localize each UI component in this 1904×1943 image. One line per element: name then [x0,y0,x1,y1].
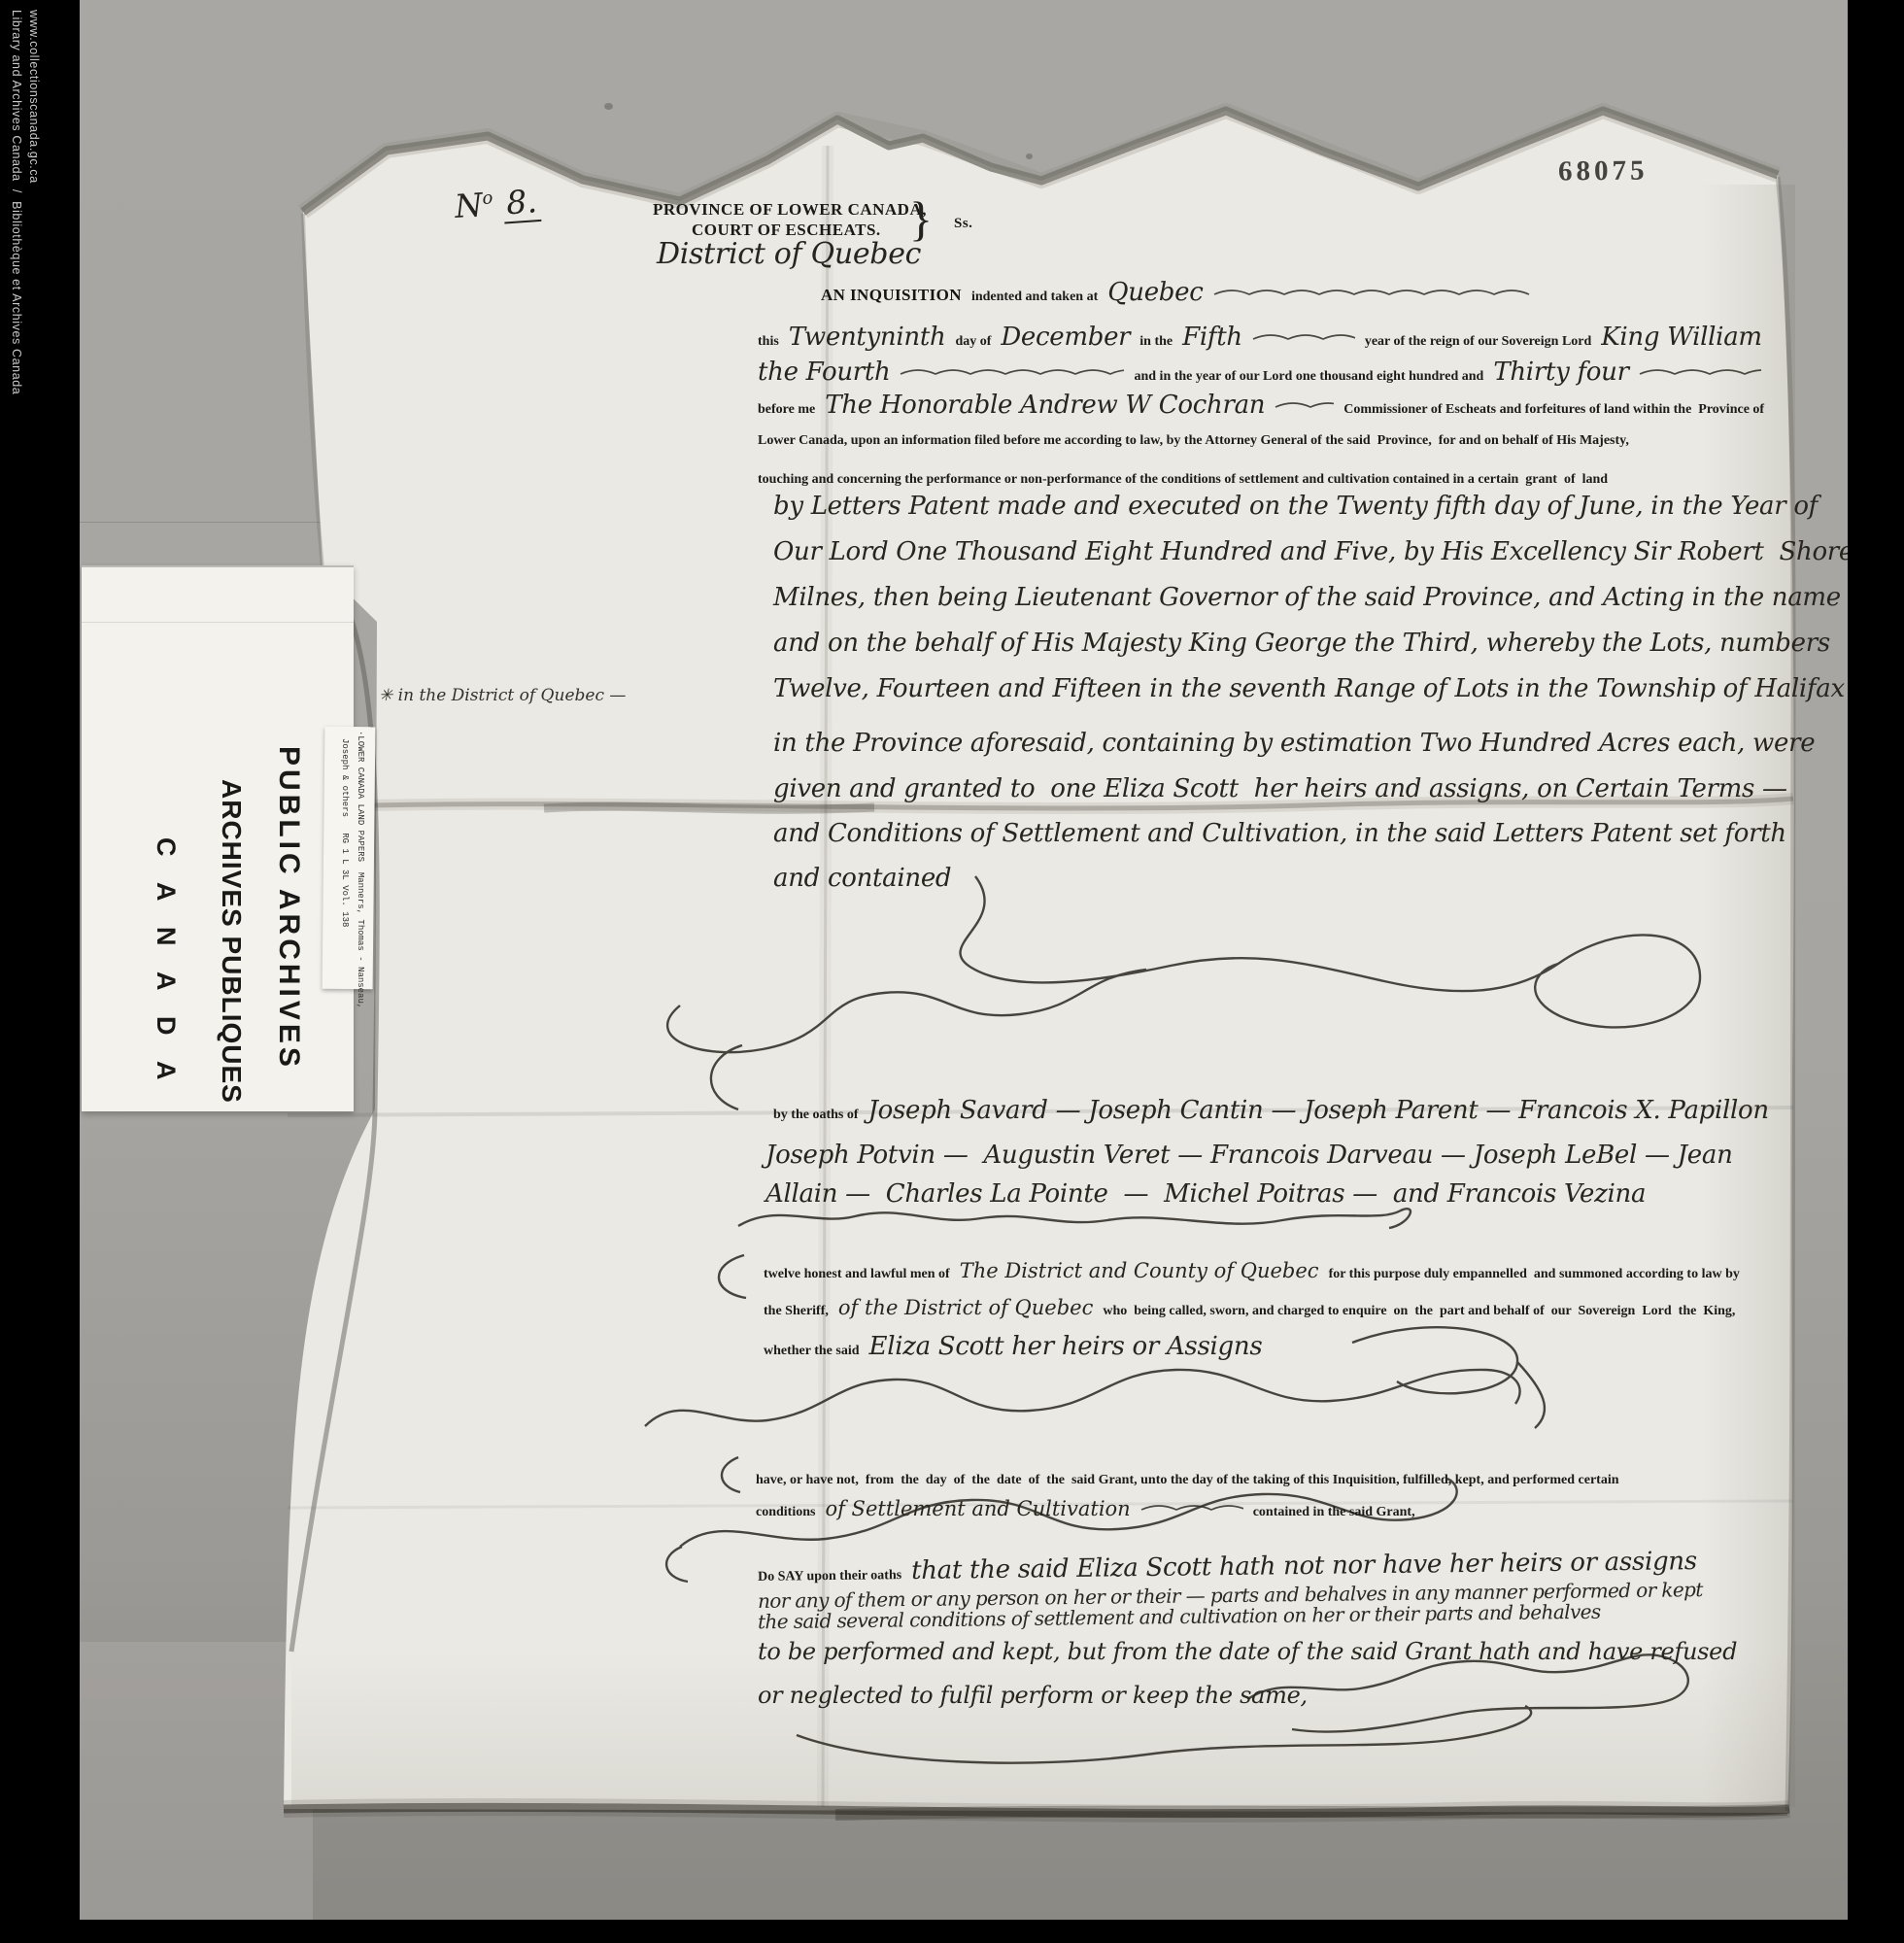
handwritten-text: Twelve, Fourteen and Fifteen in the seve… [773,674,1845,703]
document-line: Joseph Potvin — Augustin Veret — Francoi… [765,1141,1733,1170]
pen-dash-flourish [1639,365,1761,380]
handwritten-text: The Honorable Andrew W Cochran [825,391,1265,420]
printed-text: year of the reign of our Sovereign Lord [1365,334,1591,349]
printed-text: Do SAY upon their oaths [758,1568,901,1585]
public-archives-label: PUBLIC ARCHIVES [272,746,305,1071]
printed-text: contained in the said Grant, [1253,1505,1415,1519]
printed-text: touching and concerning the performance … [758,472,1608,487]
printed-text: by the oaths of [773,1108,859,1122]
collection-label-line2: Joseph & others RG 1 L 3L Vol. 138 [340,738,350,927]
document-line: the Sheriff,of the District of Quebecwho… [764,1296,1735,1319]
document-line: and contained [773,864,951,893]
printed-text: Commissioner of Escheats and forfeitures… [1343,402,1764,417]
canada-label: C A N A D A [151,837,181,1090]
handwritten-text: of the District of Quebec [838,1296,1093,1319]
document-line: thisTwentyninthday ofDecemberin theFifth… [758,323,1762,352]
handwritten-text: King William [1601,323,1761,352]
handwritten-text: Thirty four [1493,358,1628,387]
document-line: Twelve, Fourteen and Fifteen in the seve… [773,674,1866,703]
handwritten-text: ✳ in the District of Quebec — [379,686,626,705]
pen-flourish [1275,400,1334,417]
handwritten-text: to be performed and kept, but from the d… [758,1638,1737,1665]
header-ss: Ss. [954,216,972,232]
pen-flourish [1352,1327,1517,1393]
envelope-crease [82,622,354,623]
pen-dash-flourish [1252,330,1355,345]
printed-text: before me [758,402,815,417]
handwritten-text: and Conditions of Settlement and Cultiva… [773,819,1786,848]
handwritten-text: the Fourth [758,358,890,387]
pen-flourish [711,1045,742,1109]
printed-text: have, or have not, from the day of the d… [756,1473,1619,1487]
printed-text: who being called, sworn, and charged to … [1103,1304,1735,1318]
document-line: whether the saidEliza Scott her heirs or… [764,1332,1262,1361]
pen-flourish [645,1370,1520,1426]
pen-dash-flourish [1140,1501,1243,1516]
handwritten-text: The District and County of Quebec [960,1259,1319,1282]
document-line: before meThe Honorable Andrew W CochranC… [758,391,1764,420]
document-line: to be performed and kept, but from the d… [758,1638,1737,1665]
handwritten-text: and on the behalf of His Majesty King Ge… [773,629,1830,658]
pen-dash-flourish [1275,398,1334,413]
printed-text: AN INQUISITION [821,286,962,304]
document-line: touching and concerning the performance … [758,470,1608,488]
printed-text: twelve honest and lawful men of [764,1267,950,1281]
pen-flourish [1639,367,1761,384]
pen-flourish [1252,332,1355,349]
printed-text: indented and taken at [971,290,1098,304]
handwritten-text: Allain — Charles La Pointe — Michel Poit… [765,1179,1646,1209]
printed-text: this [758,334,779,349]
document-line: or neglected to fulfil perform or keep t… [758,1682,1308,1709]
pen-flourish [1249,1654,1688,1731]
handwritten-text: in the Province aforesaid, containing by… [773,729,1815,758]
document-line: have, or have not, from the day of the d… [756,1471,1619,1488]
document-line: the Fourthand in the year of our Lord on… [758,358,1761,387]
printed-text: and in the year of our Lord one thousand… [1134,369,1483,384]
film-border-right [1848,0,1904,1943]
handwritten-text: by Letters Patent made and executed on t… [773,492,1818,521]
handwritten-text: of Settlement and Cultivation [825,1497,1130,1520]
document-line: given and granted to one Eliza Scott her… [773,774,1787,803]
handwritten-text: Quebec [1107,278,1203,307]
handwritten-text: Fifth [1182,323,1242,352]
pen-dash-flourish [1213,286,1530,300]
printed-text: conditions [756,1505,815,1519]
handwritten-text: Milnes, then being Lieutenant Governor o… [773,583,1841,612]
handwritten-text: Our Lord One Thousand Eight Hundred and … [773,537,1853,566]
document-line: Allain — Charles La Pointe — Michel Poit… [765,1179,1646,1209]
document-line: District of Quebec [657,237,921,271]
archival-scan-page: PUBLIC ARCHIVES ARCHIVES PUBLIQUES C A N… [0,0,1904,1943]
document-line: twelve honest and lawful men ofThe Distr… [764,1259,1740,1282]
handwritten-text: Twentyninth [789,323,946,352]
handwritten-text: and contained [773,864,951,893]
handwritten-text: December [1001,323,1130,352]
lac-url-line: www.collectionscanada.gc.ca [27,10,41,184]
pen-flourish [738,1209,1411,1228]
pen-flourish [722,1457,740,1492]
document-line: Our Lord One Thousand Eight Hundred and … [773,537,1853,566]
handwritten-text: Eliza Scott her heirs or Assigns [869,1332,1263,1361]
document-line: by the oaths ofJoseph Savard — Joseph Ca… [773,1096,1769,1125]
document-number: No 8. [454,182,541,225]
document-line: Milnes, then being Lieutenant Governor o… [773,583,1841,612]
printed-text: the Sheriff, [764,1304,829,1318]
film-border-bottom [0,1920,1904,1943]
document-line: AN INQUISITIONindented and taken atQuebe… [821,278,1530,307]
document-line: Lower Canada, upon an information filed … [758,431,1629,449]
lac-credit-line: Library and Archives Canada / Bibliothèq… [10,10,23,394]
handwritten-text: Joseph Potvin — Augustin Veret — Francoi… [765,1141,1733,1170]
pen-flourish [666,1547,688,1582]
pen-flourish [797,1706,1531,1763]
pen-flourish [1140,1503,1243,1519]
document-line: and on the behalf of His Majesty King Ge… [773,629,1830,658]
document-line: ✳ in the District of Quebec — [379,686,626,705]
document-line: and Conditions of Settlement and Cultiva… [773,819,1786,848]
pen-flourish [719,1255,746,1298]
handwritten-text: given and granted to one Eliza Scott her… [773,774,1787,803]
printed-text: Lower Canada, upon an information filed … [758,433,1629,448]
printed-text: day of [955,334,991,349]
document-line: conditionsof Settlement and Cultivationc… [756,1497,1415,1520]
document-line: by Letters Patent made and executed on t… [773,492,1818,521]
pen-flourish [1517,1362,1545,1428]
handwritten-text: or neglected to fulfil perform or keep t… [758,1682,1308,1709]
document-line: in the Province aforesaid, containing by… [773,729,1815,758]
handwritten-text: Joseph Savard — Joseph Cantin — Joseph P… [868,1096,1769,1125]
pen-flourish [960,876,1700,1027]
printed-text: for this purpose duly empannelled and su… [1329,1267,1740,1281]
printed-text: whether the said [764,1344,860,1358]
archives-publiques-label: ARCHIVES PUBLIQUES [216,779,247,1104]
province-header-line1: PROVINCE OF LOWER CANADA, [653,200,927,220]
collection-label-line1: ·LOWER CANADA LAND PAPERS Manners, Thoma… [356,731,365,1008]
archive-stamp-number: 68075 [1558,155,1649,188]
handwritten-text: District of Quebec [657,237,921,271]
pen-flourish [1213,288,1530,304]
pen-flourish [900,367,1124,384]
printed-text: in the [1139,334,1173,349]
pen-dash-flourish [900,365,1124,380]
